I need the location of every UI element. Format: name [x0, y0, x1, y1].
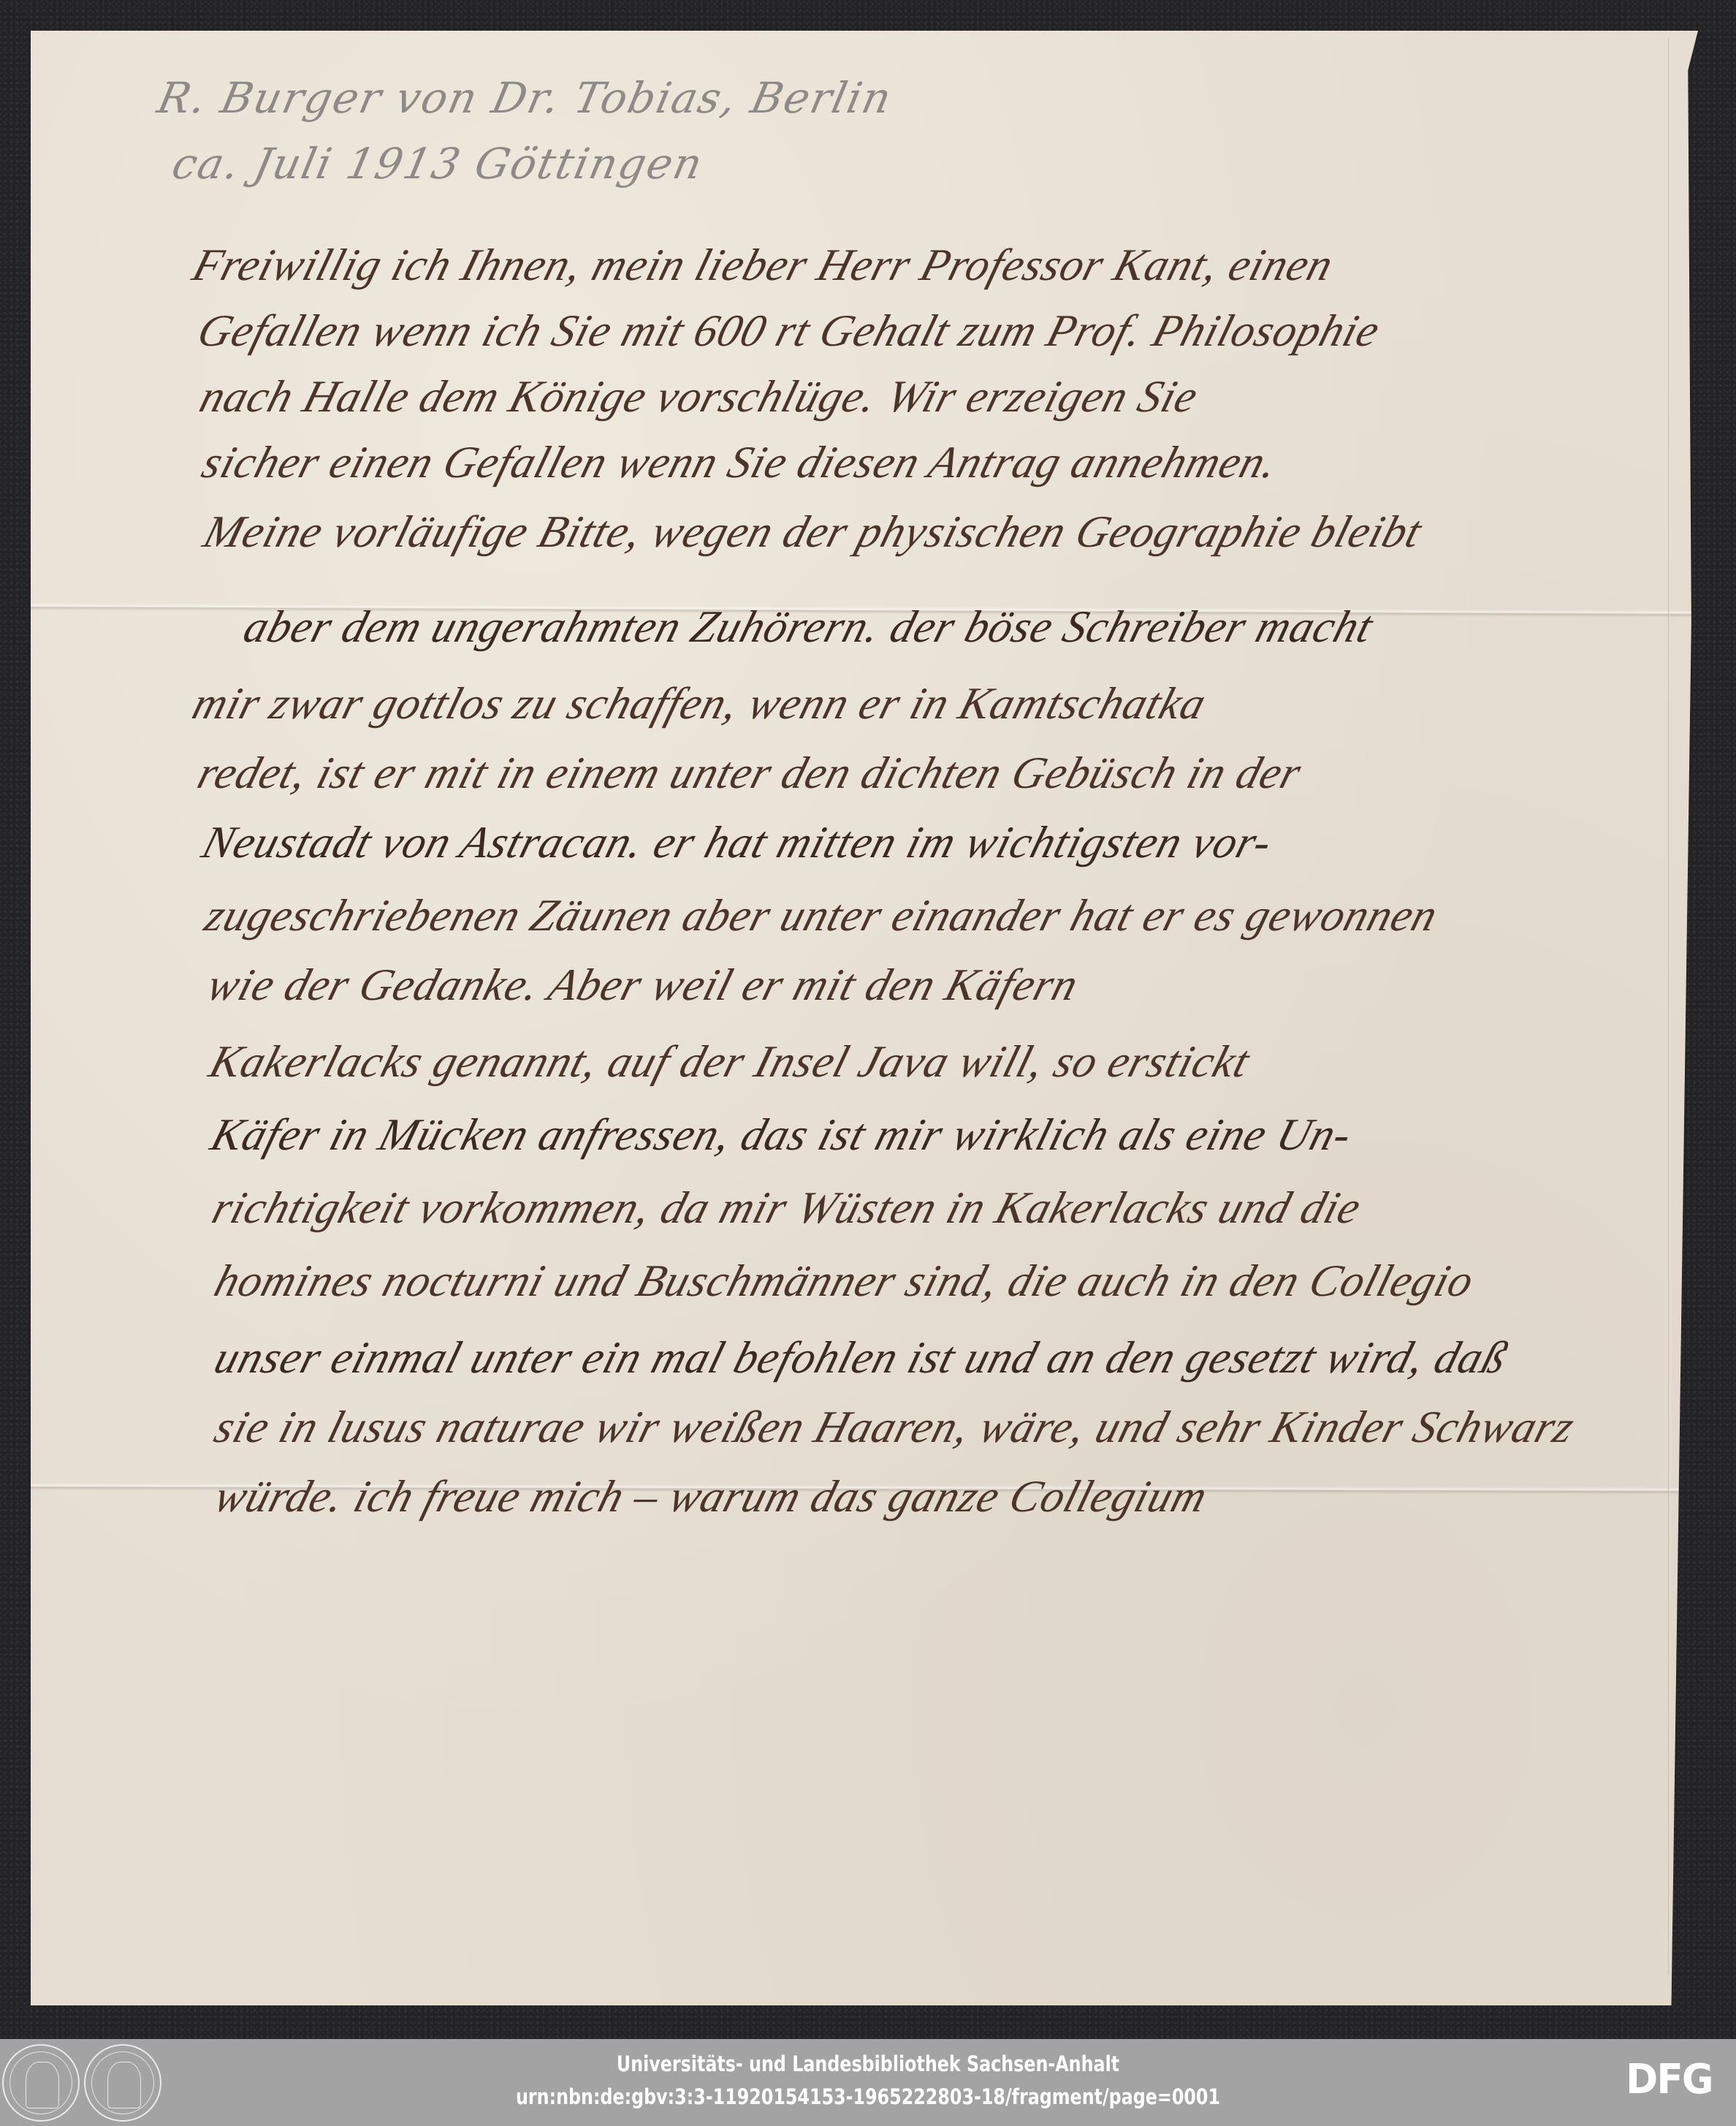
letter-line: richtigkeit vorkommen, da mir Wüsten in …: [208, 1185, 1726, 1231]
letter-line: würde. ich freue mich – warum das ganze …: [210, 1474, 1728, 1519]
library-footer-bar: Universitäts- und Landesbibliothek Sachs…: [0, 2039, 1736, 2126]
letter-line: Kakerlacks genannt, auf der Insel Java w…: [205, 1039, 1723, 1085]
letter-line: Neustadt von Astracan. er hat mitten im …: [197, 820, 1716, 865]
letter-line: nach Halle dem Könige vorschlüge. Wir er…: [195, 374, 1713, 419]
dfg-logo-icon: DFG: [1626, 2059, 1712, 2100]
pencil-annotation-line-1: R. Burger von Dr. Tobias, Berlin: [153, 73, 897, 123]
letter-line: sicher einen Gefallen wenn Sie diesen An…: [197, 440, 1716, 485]
manuscript-page: R. Burger von Dr. Tobias, Berlin ca. Jul…: [31, 31, 1698, 2005]
letter-line: homines nocturni und Buschmänner sind, d…: [210, 1258, 1728, 1304]
letter-line: unser einmal unter ein mal befohlen ist …: [210, 1335, 1728, 1381]
letter-line: Freiwillig ich Ihnen, mein lieber Herr P…: [188, 243, 1706, 288]
letter-line: Käfer in Mücken anfressen, das ist mir w…: [206, 1112, 1724, 1158]
letter-line: aber dem ungerahmten Zuhörern. der böse …: [239, 604, 1736, 650]
pencil-annotation-line-2: ca. Juli 1913 Göttingen: [168, 139, 708, 189]
letter-line: mir zwar gottlos zu schaffen, wenn er in…: [188, 681, 1706, 726]
university-seal-wittenberg-icon: [84, 2044, 161, 2122]
letter-line: wie der Gedanke. Aber weil er mit den Kä…: [202, 963, 1721, 1008]
letter-line: redet, ist er mit in einem unter den dic…: [193, 751, 1711, 796]
urn-identifier: urn:nbn:de:gbv:3:3-11920154153-196522280…: [156, 2084, 1580, 2109]
university-seal-halle-icon: [2, 2044, 80, 2122]
letter-line: Gefallen wenn ich Sie mit 600 rt Gehalt …: [193, 308, 1711, 354]
institution-name: Universitäts- und Landesbibliothek Sachs…: [156, 2051, 1580, 2076]
letter-line: Meine vorläufige Bitte, wegen der physis…: [199, 509, 1717, 555]
letter-line: zugeschriebenen Zäunen aber unter einand…: [200, 893, 1718, 938]
letter-line: sie in lusus naturae wir weißen Haaren, …: [210, 1405, 1728, 1450]
